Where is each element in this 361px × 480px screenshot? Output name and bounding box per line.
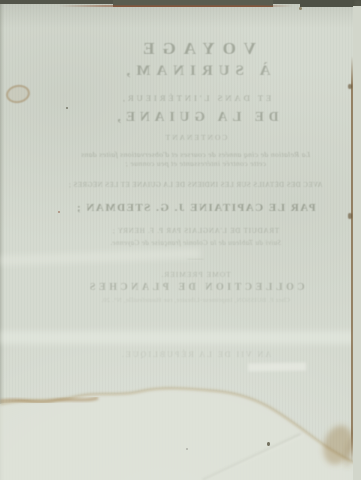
- page-edge-line: [351, 56, 353, 462]
- book-page-scan: VOYAGEÀ SURINAM,ET DANS L'INTÉRIEUR,DE L…: [0, 0, 361, 480]
- adjacent-page-strip: [353, 6, 361, 480]
- foxing-speck: [267, 442, 270, 446]
- scan-top-edge-right-segment: [300, 0, 361, 7]
- foxing-speck: [299, 7, 302, 10]
- edge-nick-2: [348, 213, 352, 219]
- edge-nick-1: [348, 84, 352, 89]
- page-paper: [0, 0, 361, 480]
- scan-top-edge-red-line: [58, 5, 293, 7]
- foxing-speck: [186, 448, 188, 450]
- foxing-speck: [58, 211, 60, 213]
- left-edge-shade: [0, 0, 4, 480]
- foxing-speck: [66, 107, 68, 109]
